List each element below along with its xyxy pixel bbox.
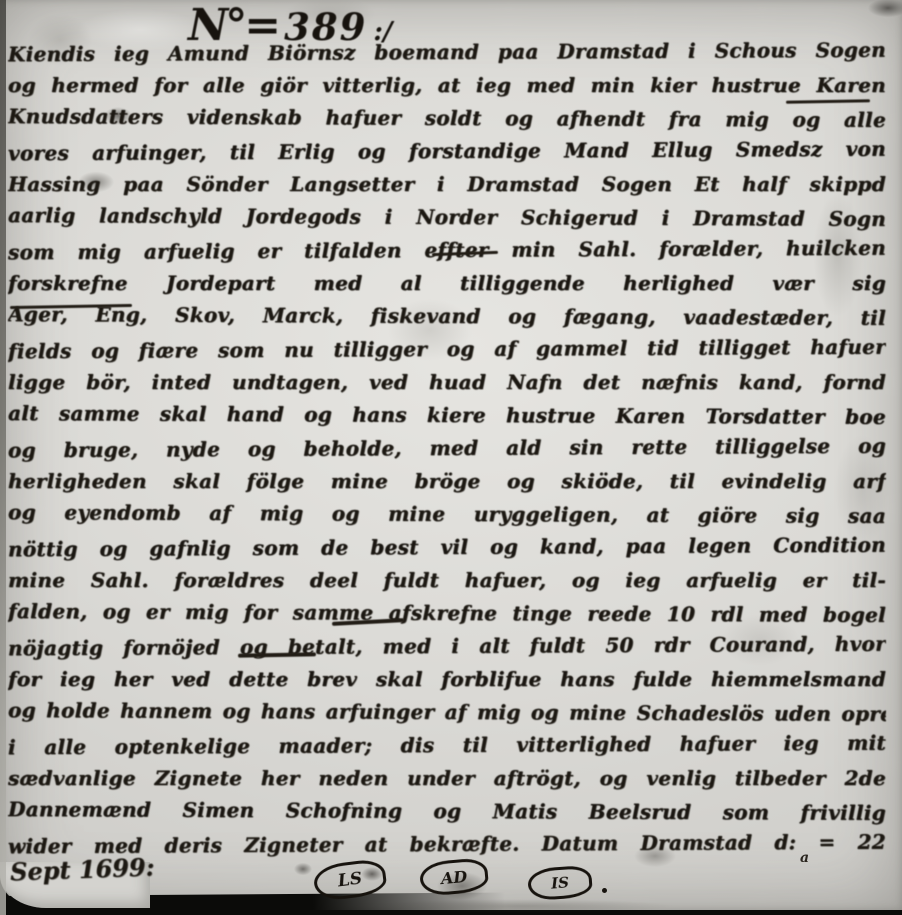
manuscript-line: aarlig landschyld Jordegods i Norder Sch… <box>8 199 886 236</box>
ink-dot <box>602 888 607 893</box>
manuscript-line: nöjagtig fornöjed og betalt, med i alt f… <box>8 628 886 666</box>
manuscript-body: Kiendis ieg Amund Biörnsz boemand paa Dr… <box>8 36 886 861</box>
manuscript-line: forskrefne Jordepart med al tilliggende … <box>8 267 886 300</box>
manuscript-line: og holde hannem og hans arfuinger af mig… <box>8 694 886 731</box>
manuscript-line: Hassing paa Sönder Langsetter i Dramstad… <box>8 168 886 201</box>
manuscript-line: vores arfuinger, til Erlig og forstandig… <box>8 133 886 171</box>
manuscript-line: falden, og er mig for samme afskrefne ti… <box>8 595 886 632</box>
manuscript-line: Knudsdatters videnskab hafuer soldt og a… <box>8 100 886 137</box>
manuscript-line: Dannemænd Simen Schofning og Matis Beels… <box>8 793 886 830</box>
manuscript-line: alt samme skal hand og hans kiere hustru… <box>8 397 886 434</box>
manuscript-line: i alle optenkelige maader; dis til vitte… <box>8 727 886 765</box>
manuscript-line: Ager, Eng, Skov, Marck, fiskevand og fæg… <box>8 298 886 335</box>
marginal-note: a <box>800 850 809 866</box>
date-line: Sept 1699: <box>10 852 155 886</box>
manuscript-line: ligge bör, inted undtagen, ved huad Nafn… <box>8 366 886 399</box>
scan-edge-left <box>0 0 6 915</box>
manuscript-line: som mig arfuelig er tilfalden effter min… <box>8 232 886 270</box>
manuscript-line: og eyendomb af mig og mine uryggeligen, … <box>8 496 886 533</box>
manuscript-line: mine Sahl. forældres deel fuldt hafuer, … <box>8 564 886 597</box>
manuscript-line: Kiendis ieg Amund Biörnsz boemand paa Dr… <box>8 34 886 72</box>
manuscript-line: herligheden skal fölge mine bröge og ski… <box>8 465 886 498</box>
manuscript-line: for ieg her ved dette brev skal forblifu… <box>8 663 886 696</box>
manuscript-line: og hermed for alle giör vitterlig, at ie… <box>8 69 886 102</box>
manuscript-scan-page: N°=389:/ Kiendis ieg Amund Biörnsz boema… <box>0 0 902 915</box>
manuscript-line: sædvanlige Zignete her neden under aftrö… <box>8 762 886 795</box>
manuscript-line: nöttig og gafnlig som de best vil og kan… <box>8 529 886 567</box>
manuscript-line: fields og fiære som nu tilligger og af g… <box>8 331 886 369</box>
manuscript-line: og bruge, nyde og beholde, med ald sin r… <box>8 430 886 468</box>
